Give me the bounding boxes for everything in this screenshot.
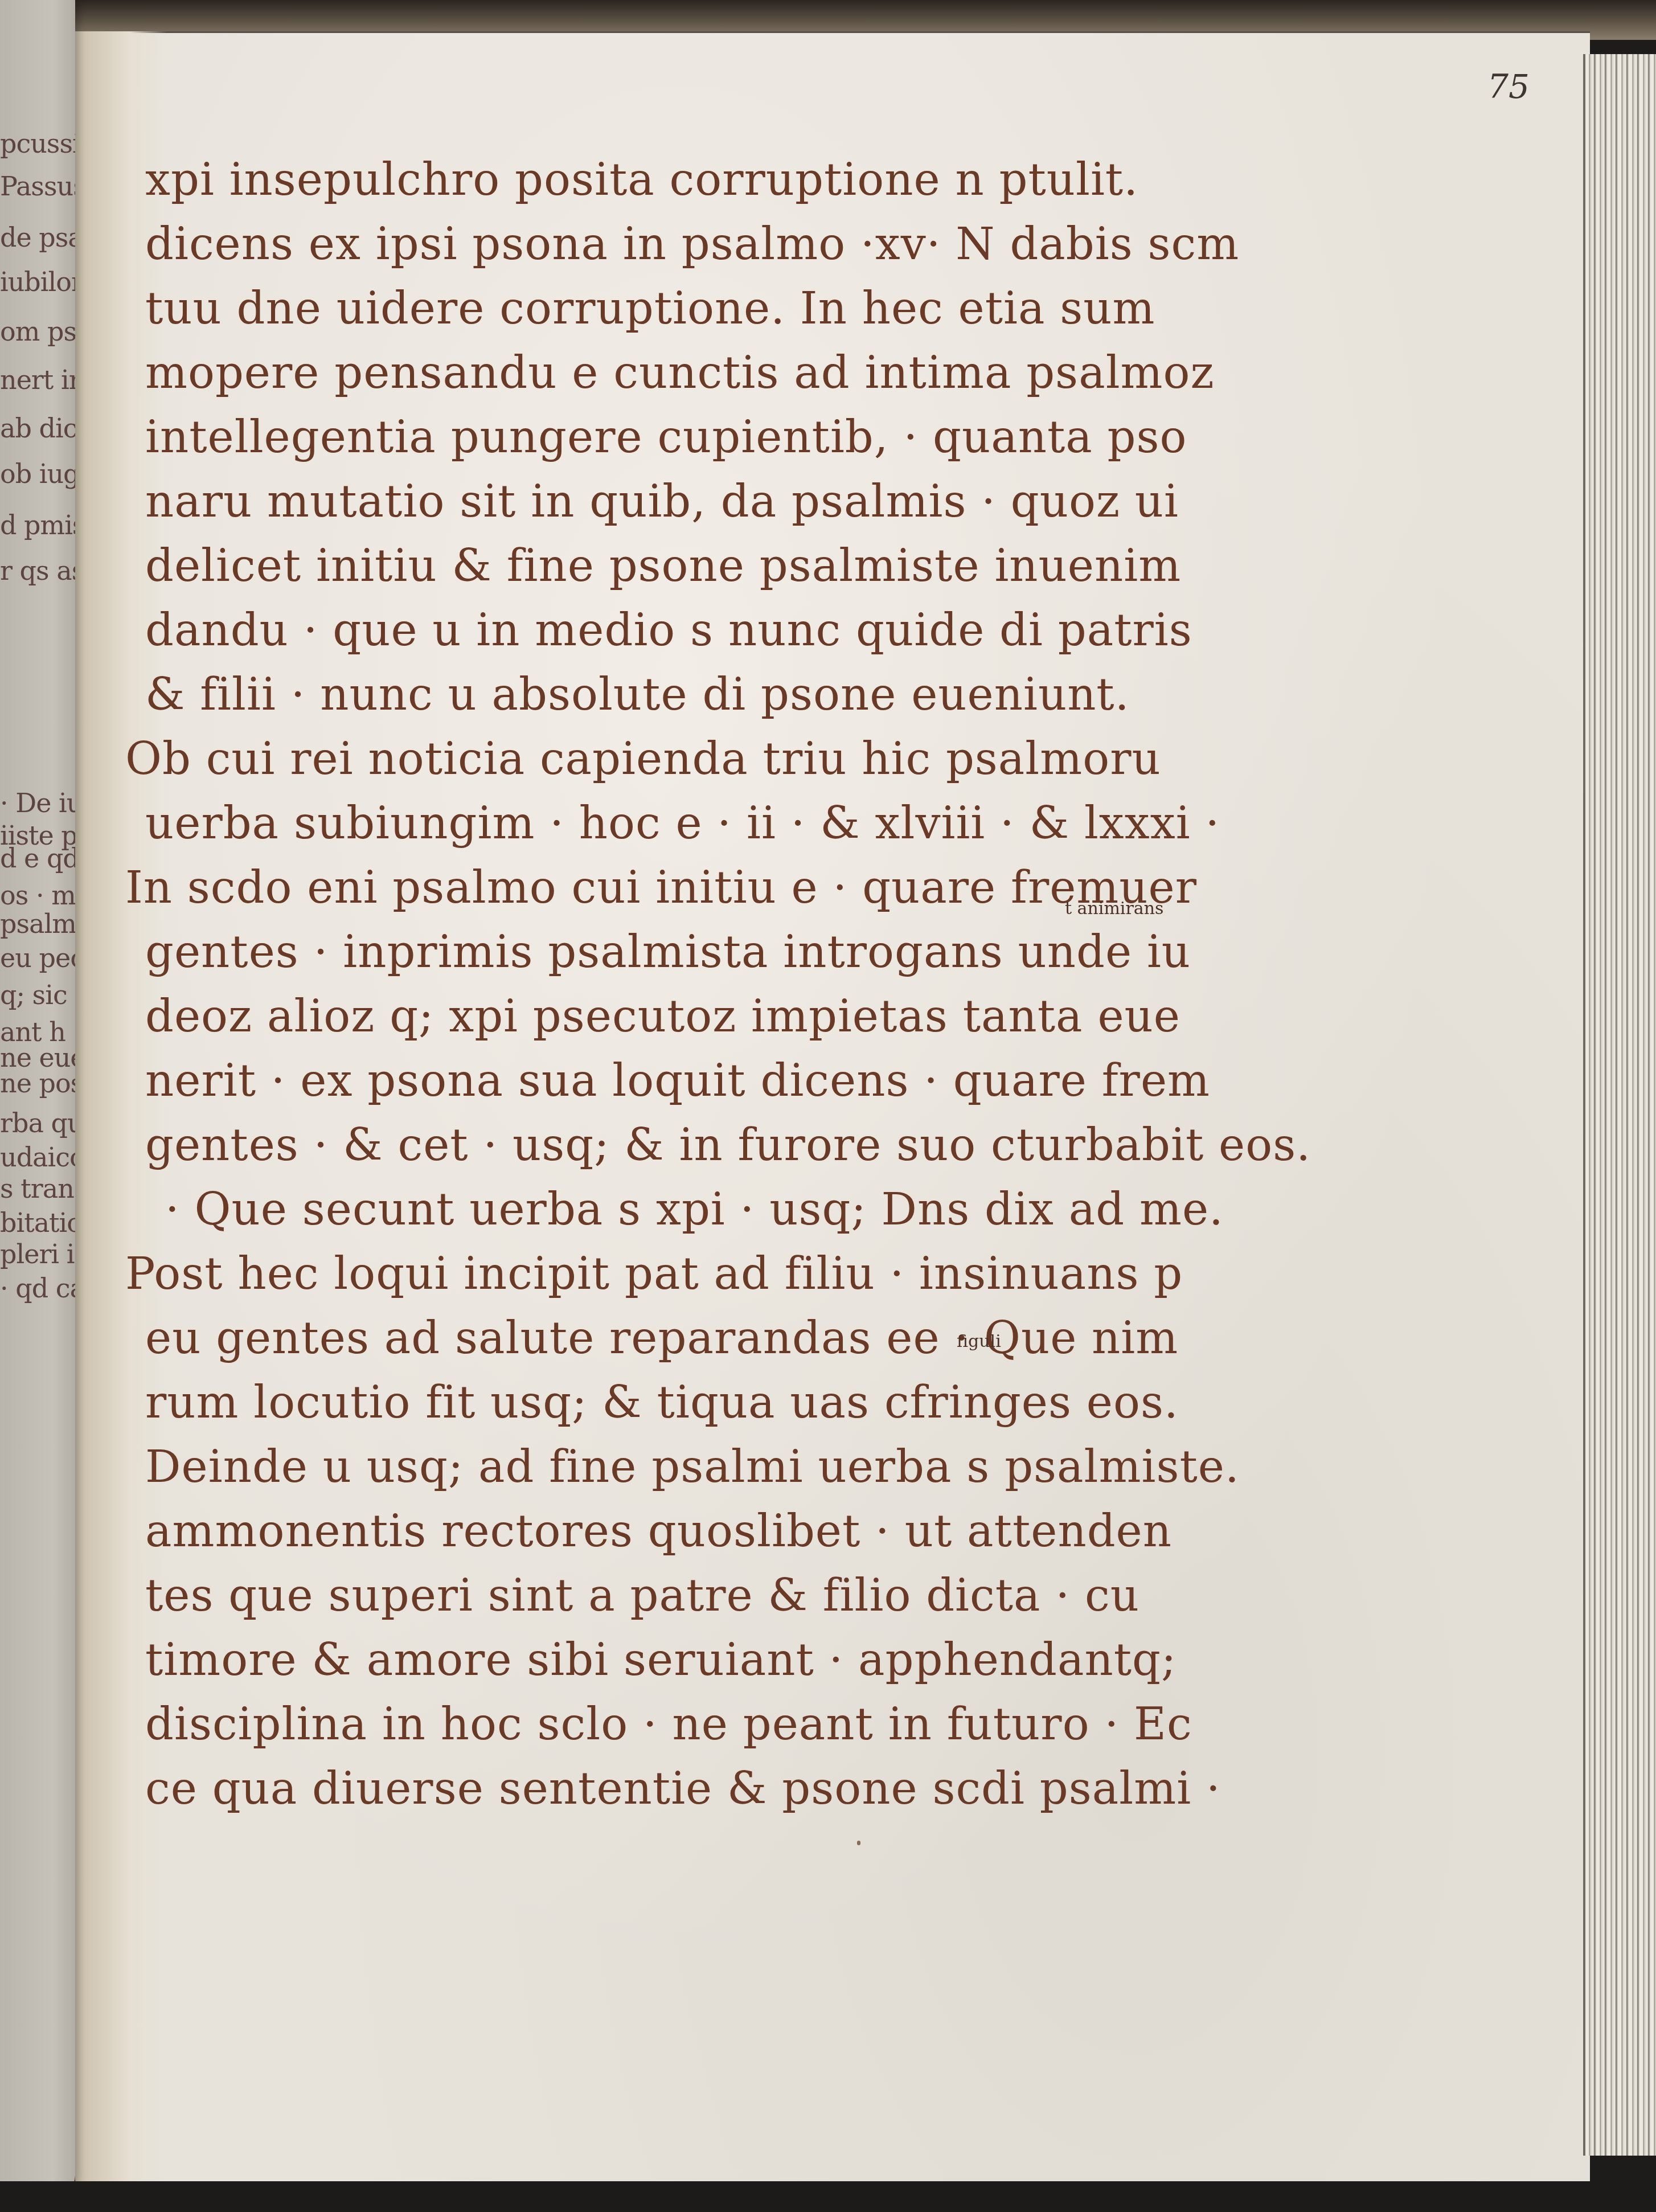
- facing-line: pcussit: [0, 128, 75, 159]
- text-line: intellegentia pungere cupientib, · quant…: [145, 405, 1318, 470]
- facing-line: nert in: [0, 364, 75, 395]
- background-table: [0, 2181, 1656, 2212]
- facing-line: q; sic la: [0, 980, 75, 1010]
- facing-line: · De iud: [0, 788, 75, 818]
- text-line: rum locutio fit usq; & tiqua uas cfringe…: [145, 1371, 1318, 1435]
- text-line: mopere pensandu e cunctis ad intima psal…: [145, 341, 1318, 405]
- facing-line: d e qd: [0, 843, 75, 874]
- facing-line: ab dicen: [0, 413, 75, 444]
- facing-line: r qs asc: [0, 555, 75, 586]
- facing-line: iubilom: [0, 267, 75, 297]
- text-line: · Que secunt uerba s xpi · usq; Dns dix …: [145, 1178, 1318, 1242]
- facing-line: om psequ: [0, 316, 75, 347]
- text-line: timore & amore sibi seruiant · apphendan…: [145, 1628, 1318, 1693]
- text-line: gentes · inprimis psalmista introgans un…: [145, 920, 1318, 985]
- facing-line: eu pec: [0, 943, 75, 973]
- facing-line: Passus est: [0, 171, 75, 202]
- text-line: dicens ex ipsi psona in psalmo ·xv· N da…: [145, 212, 1318, 277]
- facing-line: ne pos: [0, 1068, 75, 1099]
- ink-speck: [857, 1841, 860, 1845]
- text-line: dandu · que u in medio s nunc quide di p…: [145, 599, 1318, 663]
- text-line: tuu dne uidere corruptione. In hec etia …: [145, 277, 1318, 341]
- text-line: eu gentes ad salute reparandas ee · Que …: [145, 1306, 1318, 1371]
- page-edges-stack: [1583, 54, 1656, 2156]
- text-line: disciplina in hoc sclo · ne peant in fut…: [145, 1693, 1318, 1757]
- facing-line: bitatio: [0, 1207, 75, 1238]
- text-line: & filii · nunc u absolute di psone eueni…: [145, 663, 1318, 727]
- facing-line: psalmist: [0, 908, 75, 939]
- text-line: uerba subiungim · hoc e · ii · & xlviii …: [145, 792, 1318, 856]
- facing-line: · qd car: [0, 1273, 75, 1304]
- text-line: gentes · & cet · usq; & in furore suo ct…: [145, 1113, 1318, 1178]
- facing-line: pleri in: [0, 1239, 75, 1269]
- text-line: naru mutatio sit in quib, da psalmis · q…: [145, 470, 1318, 534]
- interlinear-gloss: t animirans: [1065, 899, 1163, 919]
- text-line: delicet initiu & fine psone psalmiste in…: [145, 534, 1318, 599]
- facing-line: os · mag: [0, 880, 75, 911]
- text-line: tes que superi sint a patre & filio dict…: [145, 1564, 1318, 1628]
- folio-number: 75: [1487, 67, 1530, 106]
- text-line: deoz alioz q; xpi psecutoz impietas tant…: [145, 985, 1318, 1049]
- interlinear-gloss: figuli: [957, 1332, 1001, 1351]
- facing-line: de psalm: [0, 222, 75, 253]
- facing-line: d pmissa: [0, 510, 75, 540]
- facing-page-fragment: pcussit Passus est de psalm iubilom om p…: [0, 0, 75, 2198]
- text-line: ce qua diuerse sententie & psone scdi ps…: [145, 1757, 1318, 1821]
- facing-line: ob iugu: [0, 458, 75, 489]
- text-line-initial: Ob cui rei noticia capienda triu hic psa…: [125, 727, 1318, 792]
- main-text-block: xpi insepulchro posita corruptione n ptu…: [145, 148, 1318, 1821]
- text-line: nerit · ex psona sua loquit dicens · qua…: [145, 1049, 1318, 1113]
- facing-line: rba que: [0, 1108, 75, 1138]
- text-line: xpi insepulchro posita corruptione n ptu…: [145, 148, 1318, 212]
- facing-line: s transi: [0, 1173, 75, 1204]
- text-line: Deinde u usq; ad fine psalmi uerba s psa…: [145, 1435, 1318, 1500]
- facing-line: udaico: [0, 1142, 75, 1173]
- text-line-initial: Post hec loqui incipit pat ad filiu · in…: [125, 1242, 1318, 1306]
- text-line: ammonentis rectores quoslibet · ut atten…: [145, 1500, 1318, 1564]
